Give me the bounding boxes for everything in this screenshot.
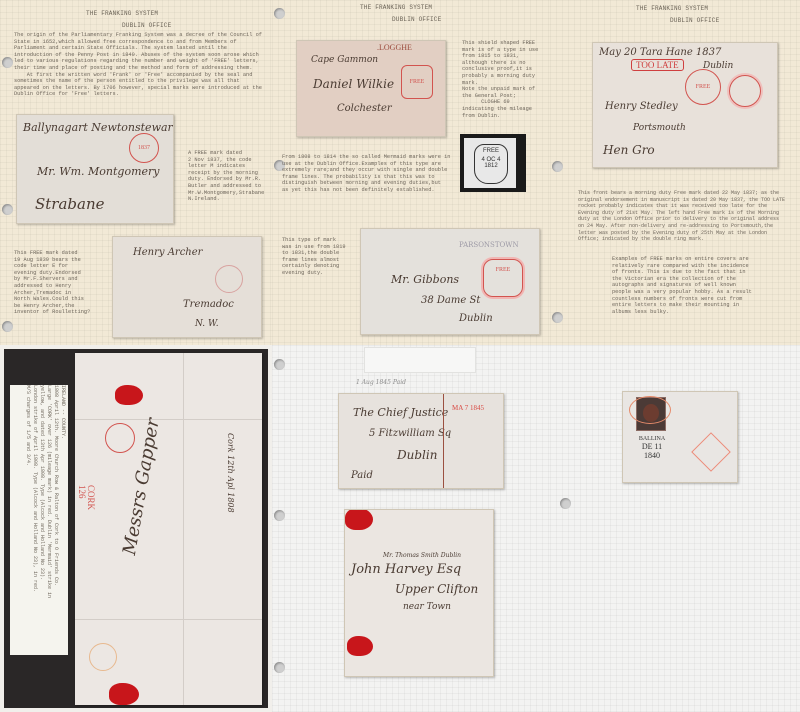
too-late-front: May 20 Tara Hane 1837 TOO LATE FREE Dubl… — [592, 42, 778, 168]
page-subtitle: DUBLIN OFFICE — [392, 16, 441, 23]
punch-hole — [2, 321, 13, 332]
album-page-6: BALLINA DE 11 1840 — [550, 345, 800, 712]
punch-hole — [274, 510, 285, 521]
wax-seal — [345, 509, 373, 530]
double-frame-free-cover: PARSONSTOWN FREE Mr. Gibbons 38 Dame St … — [360, 228, 540, 335]
fold-line — [75, 619, 262, 620]
intro-text: The origin of the Parliamentary Franking… — [14, 32, 262, 98]
mermaid-free-mark-illustration: FREE 4 OC 4 1812 — [460, 134, 526, 192]
manuscript-line — [443, 394, 444, 488]
punch-hole — [560, 498, 571, 509]
free-front-1837: Ballynagart Newtonstewart 1837 Mr. Wm. M… — [16, 114, 174, 224]
red-paid-postmark — [691, 432, 731, 472]
pencil-note: 1 Aug 1845 Paid — [356, 379, 406, 386]
side-endorsement: Cork 12th Apl 1808 — [226, 433, 235, 513]
fold-line — [183, 353, 184, 705]
album-page-5: 1 Aug 1845 Paid MA 7 1845 The Chief Just… — [272, 345, 550, 712]
note-mermaid-marks: From 1808 to 1814 the so called Mermaid … — [282, 154, 460, 194]
dublin-mermaid-postmark — [105, 423, 135, 453]
shield-free-postmark: FREE — [401, 65, 433, 99]
punch-hole — [274, 359, 285, 370]
wax-seal — [109, 683, 139, 705]
ballina-postmark: BALLINA DE 11 1840 — [629, 436, 675, 478]
punch-hole — [2, 57, 13, 68]
london-postmark — [89, 643, 117, 671]
punch-hole — [274, 662, 285, 673]
punch-hole — [274, 8, 285, 19]
paid-cover-1845: MA 7 1845 The Chief Justice 5 Fitzwillia… — [338, 393, 504, 489]
note-free-mark-1837: A FREE mark dated 2 Nov 1837, the code l… — [188, 150, 268, 203]
cork-folded-letter: CORK 126 Messrs Gapper Cork 12th Apl 180… — [75, 353, 262, 705]
free-postmark-right — [729, 75, 761, 107]
punch-hole — [2, 204, 13, 215]
wax-seal — [115, 385, 143, 405]
punch-hole — [552, 161, 563, 172]
penny-black-piece: BALLINA DE 11 1840 — [622, 391, 738, 483]
double-frame-free-postmark: FREE — [483, 259, 523, 297]
shield-free-cover: .LOGGHE Cape Gammon FREE Daniel Wilkie C… — [296, 40, 446, 137]
punch-hole — [552, 312, 563, 323]
free-postmark — [215, 265, 243, 293]
note-shield-mark: This shield shaped FREE mark is of a typ… — [462, 40, 548, 119]
free-postmark-left: FREE — [685, 69, 721, 105]
fold-line — [75, 419, 262, 420]
page-title: THE FRANKING SYSTEM — [636, 5, 708, 12]
note-too-late-front: This front bears a morning duty Free mar… — [578, 190, 798, 243]
free-cover-1839: Henry Archer Tremadoc N. W. — [112, 236, 262, 338]
cork-mileage-mark: CORK 126 — [77, 485, 95, 510]
note-free-mark-1839: This FREE mark dated 19 Aug 1839 bears t… — [14, 250, 104, 316]
album-page-1: THE FRANKING SYSTEM DUBLIN OFFICE The or… — [0, 0, 272, 345]
free-postmark: 1837 — [129, 133, 159, 163]
paid-postmark: MA 7 1845 — [451, 400, 485, 436]
too-late-handstamp: TOO LATE — [631, 59, 684, 71]
description-label: IRELAND -- COUNTY. 1808 April 12th. Moor… — [10, 385, 68, 655]
maltese-cross-cancel — [629, 396, 671, 424]
page-subtitle: DUBLIN OFFICE — [122, 22, 171, 29]
album-page-3: THE FRANKING SYSTEM DUBLIN OFFICE May 20… — [550, 0, 800, 345]
free-mark-shield: FREE 4 OC 4 1812 — [474, 144, 508, 184]
page-title: THE FRANKING SYSTEM — [86, 10, 158, 17]
album-page-2: THE FRANKING SYSTEM DUBLIN OFFICE .LOGGH… — [272, 0, 550, 345]
note-free-marks-rarity: Examples of FREE marks on entire covers … — [612, 256, 762, 315]
page-title: THE FRANKING SYSTEM — [360, 4, 432, 11]
note-double-frame: This type of mark was in use from 1819 t… — [282, 237, 352, 277]
wax-sealed-letter: Mr. Thomas Smith Dublin John Harvey Esq … — [344, 509, 494, 677]
blank-header-label — [364, 347, 476, 373]
page-subtitle: DUBLIN OFFICE — [670, 17, 719, 24]
wax-seal — [347, 636, 373, 656]
album-page-4: IRELAND -- COUNTY. 1808 April 12th. Moor… — [0, 345, 272, 712]
